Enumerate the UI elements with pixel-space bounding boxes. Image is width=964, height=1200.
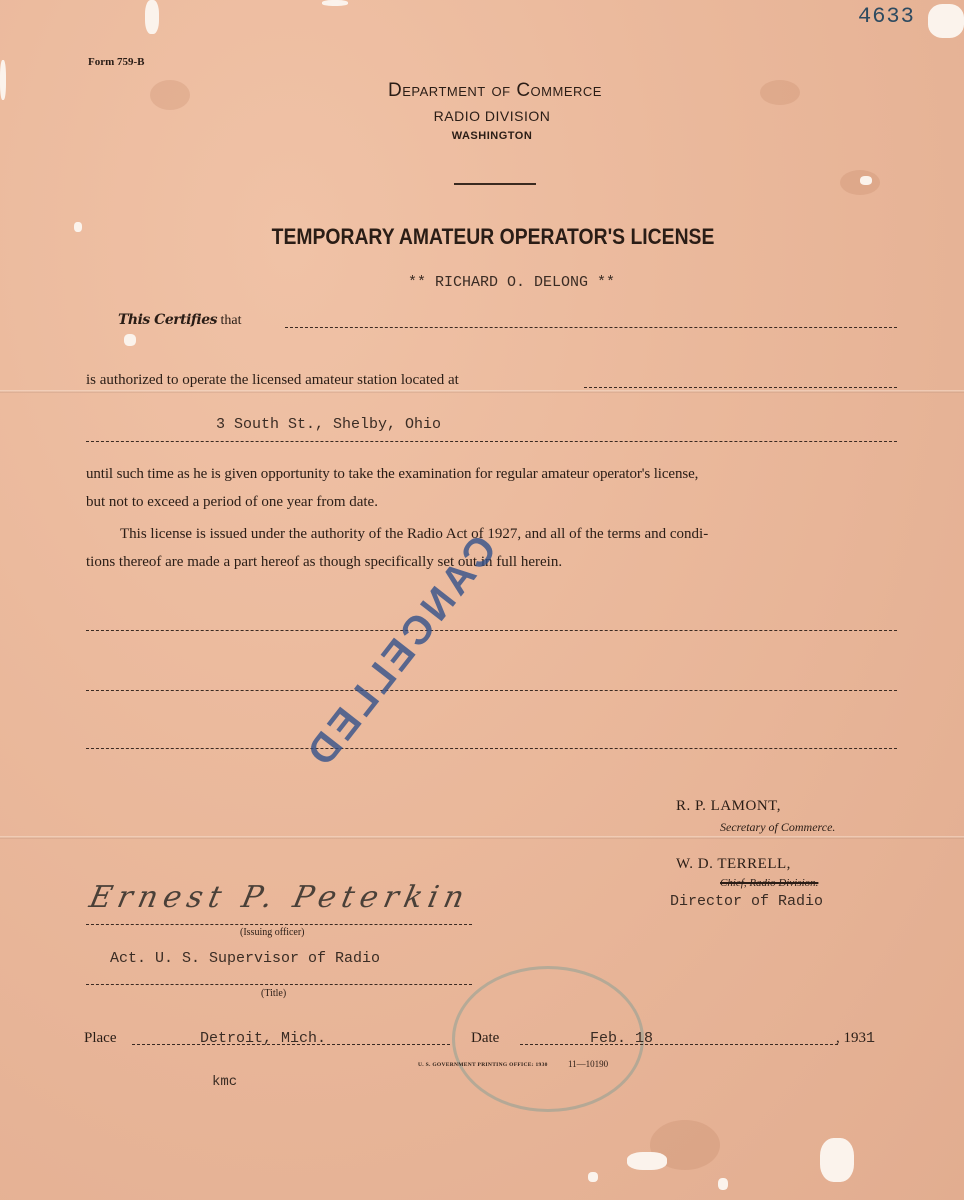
officer-title-line	[86, 984, 472, 985]
year-field: , 1931	[836, 1030, 875, 1047]
form-number: Form 759-B	[88, 56, 145, 68]
station-address: 3 South St., Shelby, Ohio	[216, 416, 441, 433]
year-suffix: 1	[866, 1030, 875, 1047]
secretary-title: Secretary of Commerce.	[720, 820, 835, 835]
city-heading: WASHINGTON	[0, 130, 964, 142]
body-paragraph-1-line-2: but not to exceed a period of one year f…	[86, 494, 378, 511]
license-title: TEMPORARY AMATEUR OPERATOR'S LICENSE	[59, 224, 927, 250]
paper-damage	[145, 0, 159, 34]
paper-damage	[124, 334, 136, 346]
paper-damage	[627, 1152, 667, 1170]
header-rule	[454, 183, 536, 185]
blank-line	[86, 748, 897, 749]
licensee-name-line	[285, 327, 897, 328]
fold-line	[0, 836, 964, 839]
division-heading: RADIO DIVISION	[0, 108, 964, 124]
secretary-name: R. P. LAMONT,	[676, 798, 781, 815]
body-paragraph-1-line-1: until such time as he is given opportuni…	[86, 466, 698, 483]
certifies-label: This Certifies	[118, 312, 217, 328]
officer-title-label: (Title)	[261, 988, 286, 999]
licensee-name: ** RICHARD O. DELONG **	[408, 274, 615, 291]
director-title: Director of Radio	[670, 893, 823, 910]
officer-title-value: Act. U. S. Supervisor of Radio	[110, 950, 380, 967]
printer-code: 11—10190	[568, 1059, 608, 1069]
issuing-officer-label: (Issuing officer)	[240, 927, 305, 938]
authorized-text: is authorized to operate the licensed am…	[86, 372, 459, 389]
year-prefix: , 193	[836, 1030, 866, 1046]
paper-damage	[588, 1172, 598, 1182]
place-label: Place	[84, 1030, 116, 1047]
blank-line	[86, 630, 897, 631]
issuing-officer-signature: Ernest P. Peterkin	[86, 880, 473, 915]
date-label: Date	[471, 1030, 499, 1047]
certifies-line: This Certifies that	[118, 312, 242, 329]
blank-line	[86, 690, 897, 691]
station-line-2	[86, 441, 897, 442]
typist-initials: kmc	[212, 1074, 237, 1090]
paper-damage	[718, 1178, 728, 1190]
body-paragraph-2-line-1: This license is issued under the authori…	[120, 526, 708, 543]
issuing-officer-line	[86, 924, 472, 925]
paper-damage	[322, 0, 348, 6]
paper-damage	[860, 176, 872, 185]
director-title-struck: Chief, Radio Division.	[720, 877, 818, 889]
director-name: W. D. TERRELL,	[676, 856, 791, 873]
department-heading: Department of Commerce	[0, 80, 964, 102]
printer-line: U. S. GOVERNMENT PRINTING OFFICE: 1930	[418, 1062, 548, 1068]
station-line-1	[584, 387, 897, 388]
place-value: Detroit, Mich.	[200, 1030, 326, 1047]
serial-number: 4633	[858, 4, 915, 29]
paper-damage	[820, 1138, 854, 1182]
paper-damage	[928, 4, 964, 38]
certifies-that: that	[221, 313, 242, 328]
date-value: Feb. 18	[590, 1030, 653, 1047]
date-line	[520, 1044, 838, 1045]
fold-line	[0, 390, 964, 393]
